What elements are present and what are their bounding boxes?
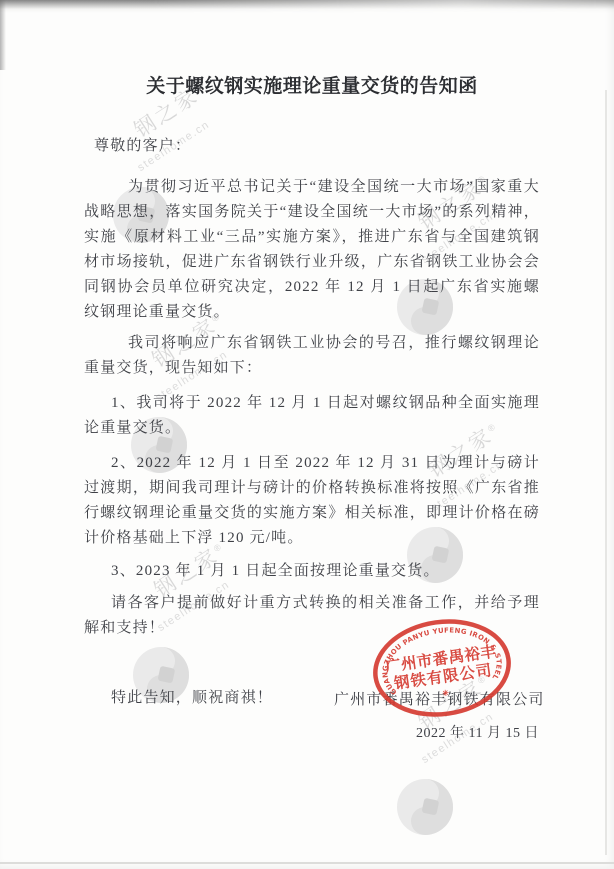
document-title: 关于螺纹钢实施理论重量交货的告知函 (84, 74, 540, 100)
scan-edge-left (0, 0, 6, 70)
salutation: 尊敬的客户： (84, 134, 540, 159)
company-seal: GUANGZHOU PANYU YUFENG IRON & STEEL CO.,… (362, 610, 522, 728)
scan-edge-top (0, 0, 614, 13)
seal-star-icon: ✳ (442, 688, 450, 698)
steelhome-logo-icon (396, 778, 454, 836)
paragraph-1: 为贯彻习近平总书记关于“建设全国统一大市场”国家重大战略思想，落实国务院关于“建… (84, 175, 540, 325)
paragraph-item-2: 2、2022 年 12 月 1 日至 2022 年 12 月 31 日为理计与磅… (84, 451, 540, 551)
paragraph-item-1: 1、我司将于 2022 年 12 月 1 日起对螺纹钢品种全面实施理论重量交货。 (84, 391, 540, 441)
paragraph-item-3: 3、2023 年 1 月 1 日起全面按理论重量交货。 (84, 559, 540, 584)
document-page: 钢之家® steelhome.cn 钢之家® steelhome.cn 钢之家®… (0, 0, 614, 869)
paragraph-2: 我司将响应广东省钢铁工业协会的号召，推行螺纹钢理论重量交货，现告知如下： (84, 331, 540, 381)
scan-edge-right (605, 90, 607, 855)
scan-edge-bottom (0, 862, 614, 864)
